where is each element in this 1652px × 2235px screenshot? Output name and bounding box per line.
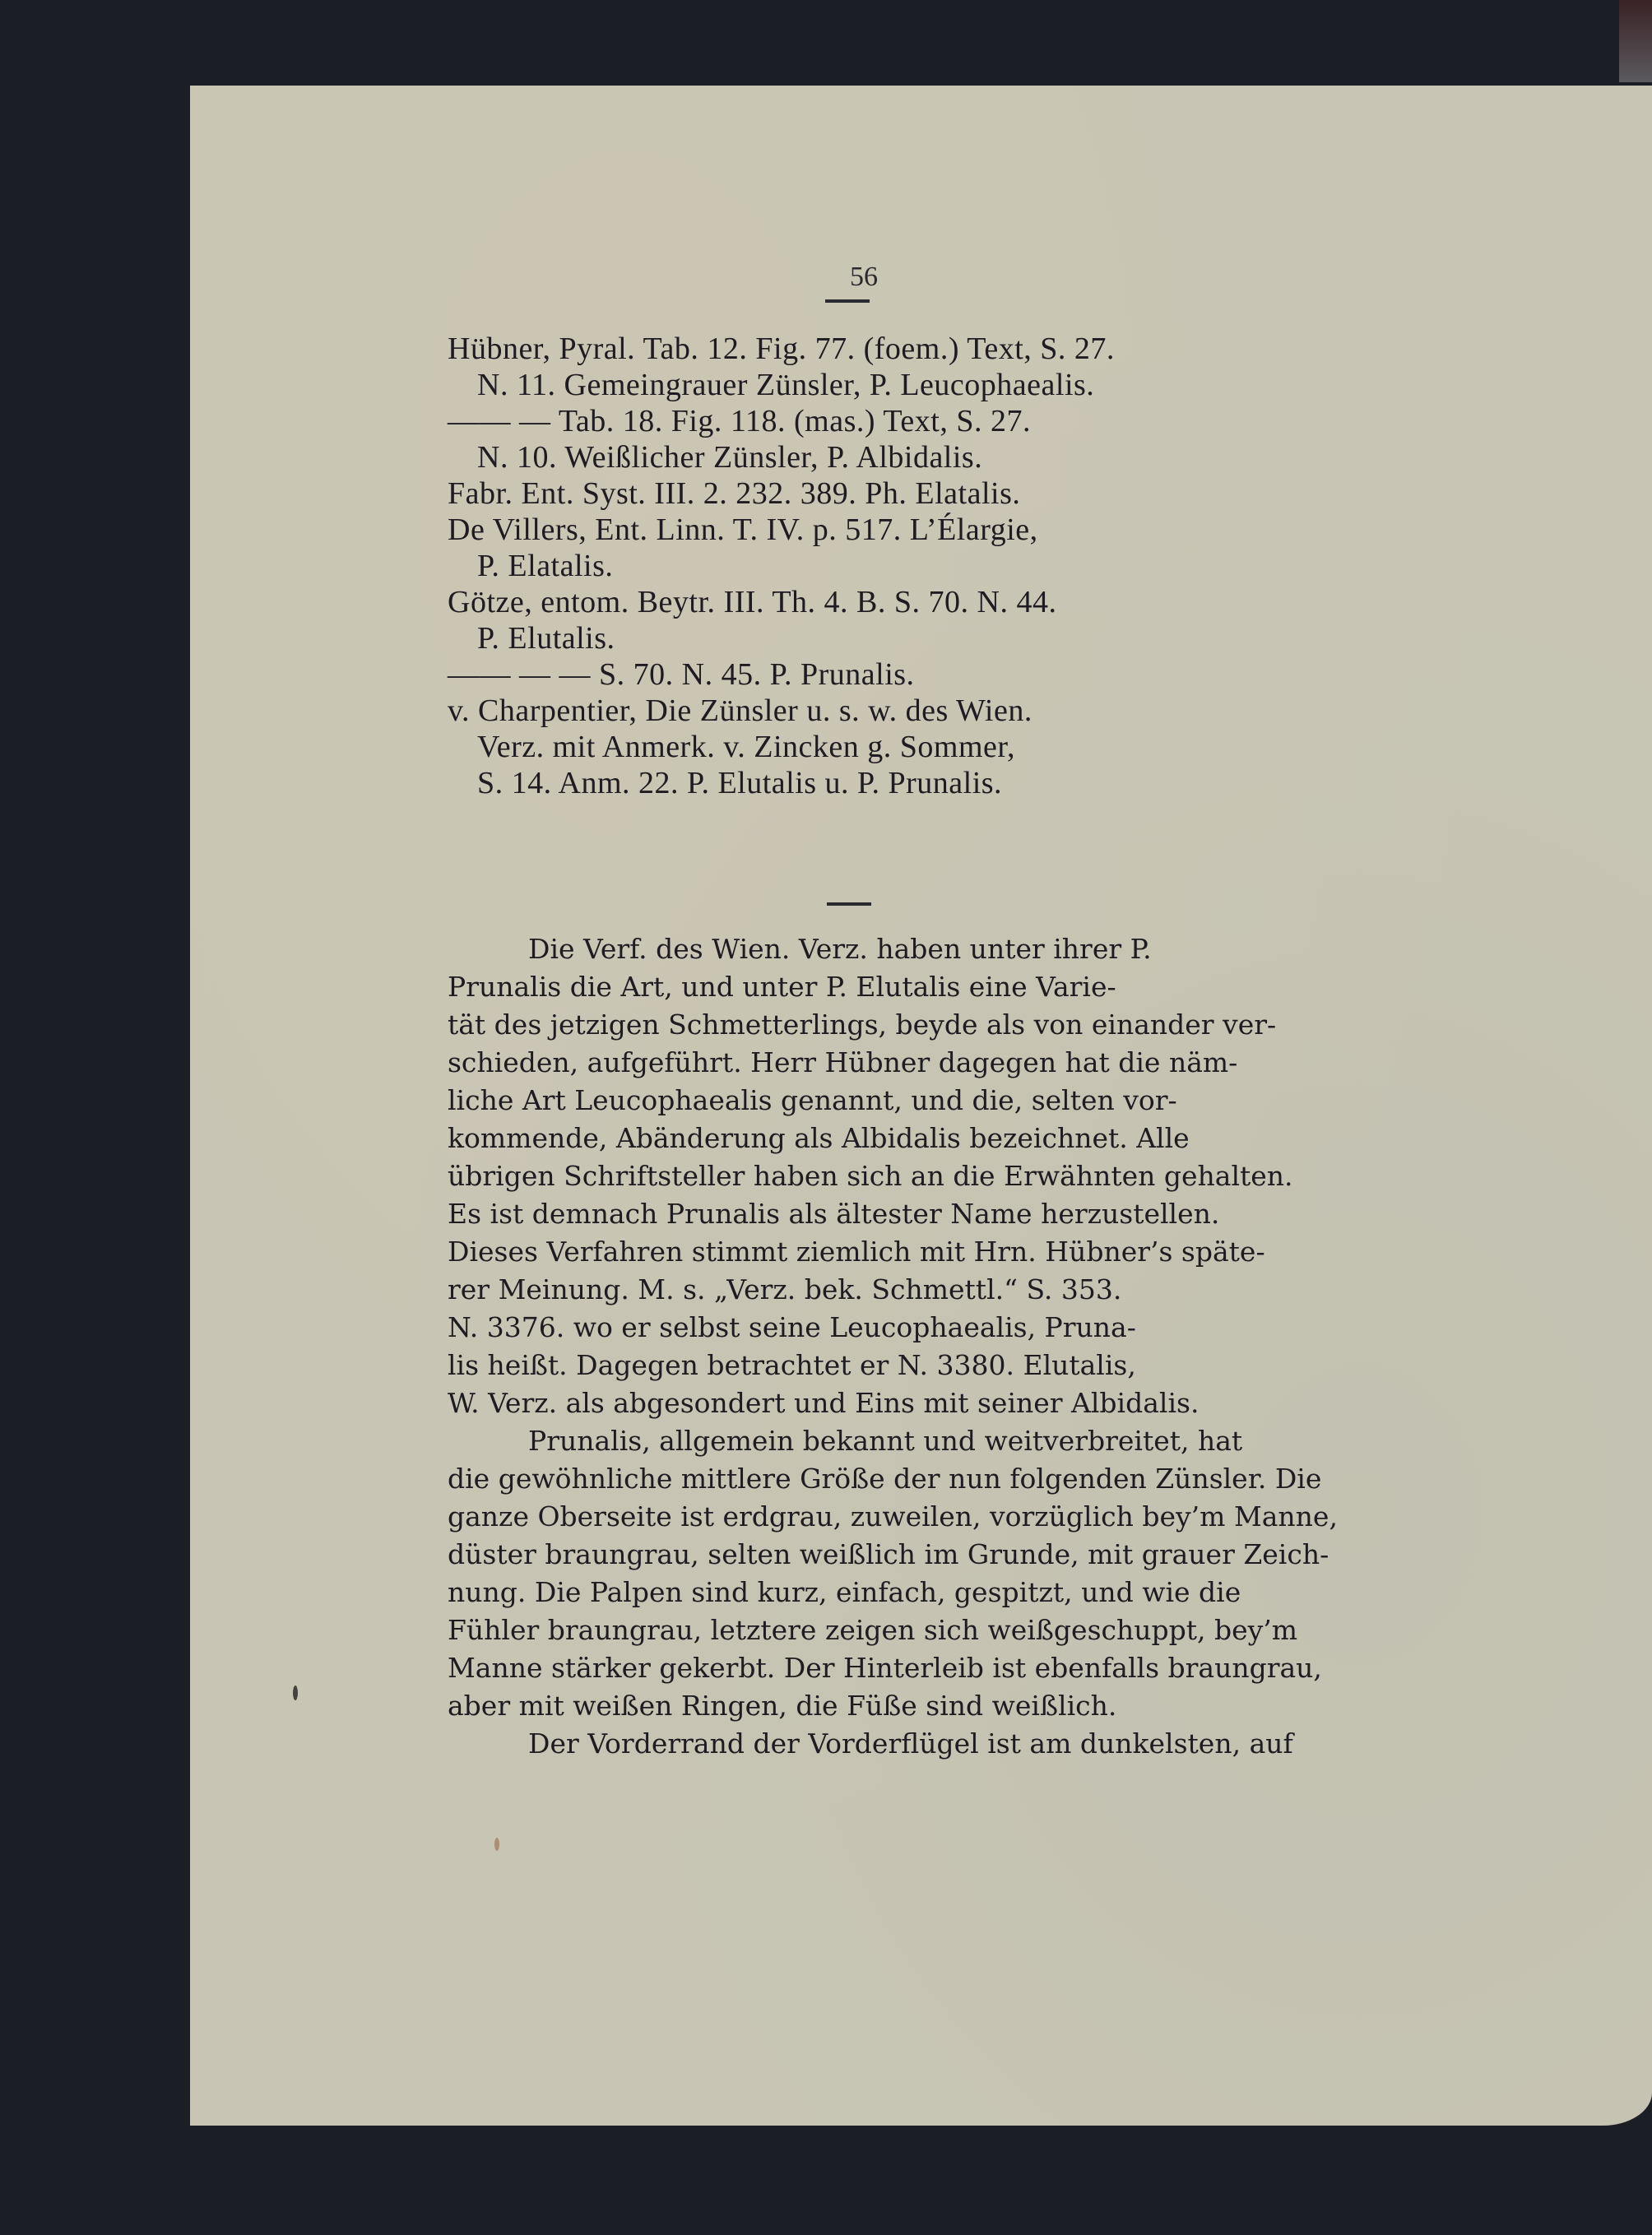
- body-line: nung. Die Palpen sind kurz, einfach, ges…: [448, 1574, 1241, 1611]
- reference-line: P. Elutalis.: [477, 620, 615, 656]
- reference-line: v. Charpentier, Die Zünsler u. s. w. des…: [448, 693, 1032, 729]
- body-line: liche Art Leucophaealis genannt, und die…: [448, 1083, 1177, 1119]
- reference-line: N. 10. Weißlicher Zünsler, P. Albidalis.: [477, 439, 982, 475]
- body-line: kommende, Abänderung als Albidalis bezei…: [448, 1120, 1190, 1157]
- body-line: N. 3376. wo er selbst seine Leucophaeali…: [448, 1310, 1136, 1346]
- reference-line: De Villers, Ent. Linn. T. IV. p. 517. L’…: [448, 512, 1038, 548]
- body-line: Prunalis die Art, und unter P. Elutalis …: [448, 969, 1116, 1005]
- paper-fleck: [494, 1838, 499, 1851]
- body-line: Dieses Verfahren stimmt ziemlich mit Hrn…: [448, 1234, 1265, 1270]
- body-line: rer Meinung. M. s. „Verz. bek. Schmettl.…: [448, 1272, 1121, 1308]
- body-line: lis heißt. Dagegen betrachtet er N. 3380…: [448, 1347, 1136, 1384]
- body-line: ganze Oberseite ist erdgrau, zuweilen, v…: [448, 1499, 1338, 1535]
- body-line: tät des jetzigen Schmetterlings, beyde a…: [448, 1007, 1276, 1043]
- body-line: Manne stärker gekerbt. Der Hinterleib is…: [448, 1650, 1322, 1686]
- body-line: düster braungrau, selten weißlich im Gru…: [448, 1537, 1329, 1573]
- reference-line: —— — — S. 70. N. 45. P. Prunalis.: [448, 656, 915, 693]
- body-line: schieden, aufgeführt. Herr Hübner dagege…: [448, 1045, 1237, 1081]
- body-line: aber mit weißen Ringen, die Füße sind we…: [448, 1688, 1116, 1724]
- paragraph-first-line: Der Vorderrand der Vorderflügel ist am d…: [528, 1726, 1293, 1762]
- reference-line: P. Elatalis.: [477, 548, 613, 584]
- body-line: W. Verz. als abgesondert und Eins mit se…: [448, 1385, 1199, 1421]
- paragraph-first-line: Prunalis, allgemein bekannt und weitverb…: [528, 1423, 1242, 1459]
- body-line: Fühler braungrau, letztere zeigen sich w…: [448, 1612, 1297, 1648]
- body-line: die gewöhnliche mittlere Größe der nun f…: [448, 1461, 1321, 1497]
- reference-line: Fabr. Ent. Syst. III. 2. 232. 389. Ph. E…: [448, 475, 1020, 512]
- page-number: 56: [831, 262, 897, 293]
- paper-fleck: [293, 1686, 298, 1700]
- body-line: Es ist demnach Prunalis als ältester Nam…: [448, 1196, 1219, 1232]
- reference-line: N. 11. Gemeingrauer Zünsler, P. Leucopha…: [477, 367, 1094, 403]
- reference-line: Hübner, Pyral. Tab. 12. Fig. 77. (foem.)…: [448, 331, 1115, 367]
- reference-line: Götze, entom. Beytr. III. Th. 4. B. S. 7…: [448, 584, 1056, 620]
- reference-line: S. 14. Anm. 22. P. Elutalis u. P. Prunal…: [477, 765, 1002, 801]
- reference-line: —— — Tab. 18. Fig. 118. (mas.) Text, S. …: [448, 403, 1031, 439]
- paragraph-first-line: Die Verf. des Wien. Verz. haben unter ih…: [528, 931, 1152, 967]
- header-rule: [825, 299, 870, 303]
- reference-line: Verz. mit Anmerk. v. Zincken g. Sommer,: [477, 729, 1015, 765]
- body-line: übrigen Schriftsteller haben sich an die…: [448, 1158, 1293, 1194]
- section-divider: [827, 902, 871, 906]
- book-edge: [1619, 0, 1652, 82]
